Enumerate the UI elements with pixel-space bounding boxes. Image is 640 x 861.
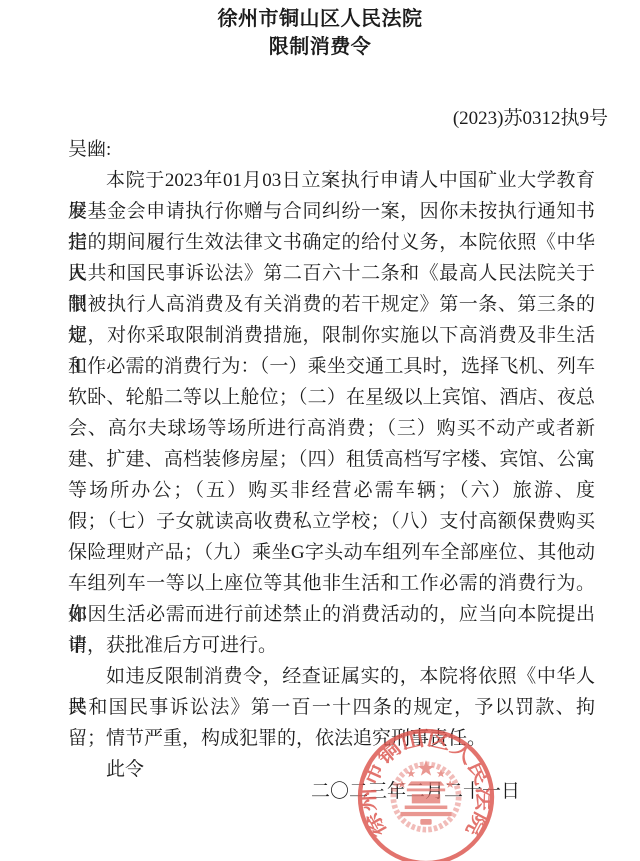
case-number: (2023)苏0312执9号 xyxy=(0,103,640,134)
body-line: 车组列车一等以上座位等其他非生活和工作必需的消费行为。如 xyxy=(68,568,595,599)
body-line: 定的期间履行生效法律文书确定的给付义务，本院依照《中华人 xyxy=(68,227,595,258)
body-line: 请，获批准后方可进行。 xyxy=(68,630,595,661)
body-line: 你因生活必需而进行前述禁止的消费活动的，应当向本院提出申 xyxy=(68,599,595,630)
document-page: 徐州市铜山区人民法院 限制消费令 (2023)苏0312执9号 吴幽: 本院于2… xyxy=(0,0,640,861)
body-line: 假；（七）子女就读高收费私立学校；（八）支付高额保费购买 xyxy=(68,506,595,537)
body-line: 展基金会申请执行你赠与合同纠纷一案，因你未按执行通知书指 xyxy=(68,196,595,227)
issue-date: 二〇二三年二月二十一日 xyxy=(0,776,640,807)
body-line: 共和国民事诉讼法》第一百一十四条的规定，予以罚款、拘 xyxy=(68,692,595,723)
body-line: 制被执行人高消费及有关消费的若干规定》第一条、第三条的规 xyxy=(68,289,595,320)
addressee: 吴幽: xyxy=(68,134,595,165)
body-line: 会、高尔夫球场等场所进行高消费；（三）购买不动产或者新 xyxy=(68,413,595,444)
body-line: 定，对你采取限制消费措施，限制你实施以下高消费及非生活和 xyxy=(68,320,595,351)
body-line: 等场所办公；（五）购买非经营必需车辆；（六）旅游、度 xyxy=(68,475,595,506)
document-body: 吴幽: 本院于2023年01月03日立案执行申请人中国矿业大学教育发展基金会申请… xyxy=(68,134,595,785)
document-title: 限制消费令 xyxy=(0,34,640,61)
body-line: 工作必需的消费行为：（一）乘坐交通工具时，选择飞机、列车 xyxy=(68,351,595,382)
court-name: 徐州市铜山区人民法院 xyxy=(0,6,640,33)
body-line: 本院于2023年01月03日立案执行申请人中国矿业大学教育发 xyxy=(68,165,595,196)
body-line: 如违反限制消费令，经查证属实的，本院将依照《中华人民 xyxy=(68,661,595,692)
body-line: 软卧、轮船二等以上舱位；（二）在星级以上宾馆、酒店、夜总 xyxy=(68,382,595,413)
body-line: 建、扩建、高档装修房屋；（四）租赁高档写字楼、宾馆、公寓 xyxy=(68,444,595,475)
body-line: 留；情节严重，构成犯罪的，依法追究刑事责任。 xyxy=(68,723,595,754)
body-line: 民共和国民事诉讼法》第二百六十二条和《最高人民法院关于限 xyxy=(68,258,595,289)
body-line: 保险理财产品；（九）乘坐G字头动车组列车全部座位、其他动 xyxy=(68,537,595,568)
